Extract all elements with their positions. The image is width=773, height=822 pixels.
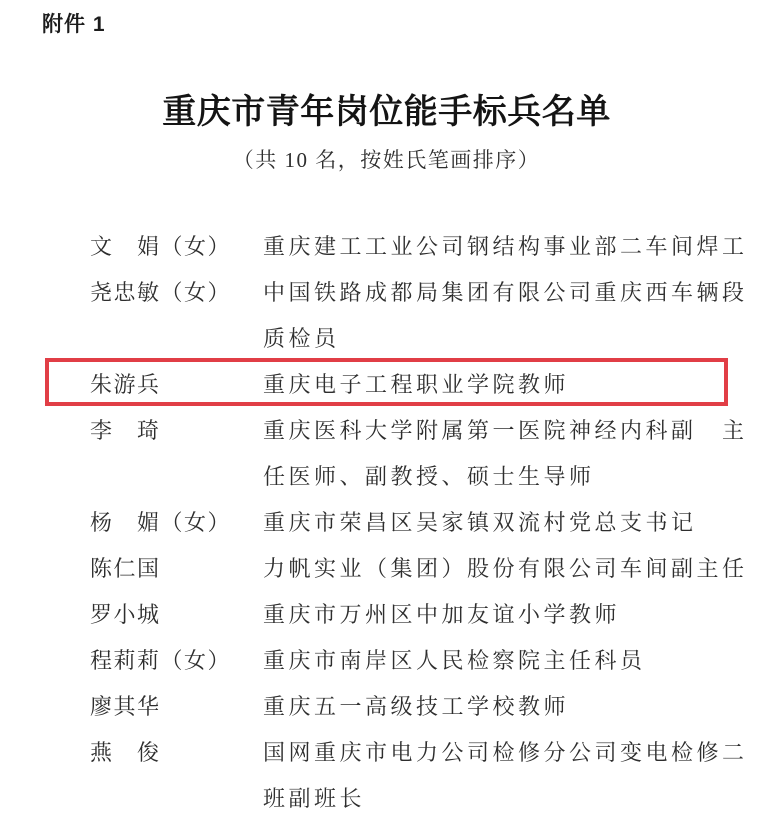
roster-entry: 文 娟（女） 重庆建工工业公司钢结构事业部二车间焊工 <box>90 224 755 270</box>
entry-description: 中国铁路成都局集团有限公司重庆西车辆段质检员 <box>263 270 755 362</box>
desc-line: 重庆市万州区中加友谊小学教师 <box>263 592 755 638</box>
entry-description: 重庆电子工程职业学院教师 <box>263 362 755 408</box>
entry-name: 燕 俊 <box>90 730 263 776</box>
desc-line: 班副班长 <box>263 776 755 822</box>
document-title: 重庆市青年岗位能手标兵名单 <box>0 84 773 133</box>
document-subtitle: （共 10 名，按姓氏笔画排序） <box>0 144 773 174</box>
entry-name: 罗小城 <box>90 592 263 638</box>
entry-description: 国网重庆市电力公司检修分公司变电检修二班副班长 <box>263 730 755 822</box>
roster-entry: 廖其华 重庆五一高级技工学校教师 <box>90 684 755 730</box>
desc-line: 重庆建工工业公司钢结构事业部二车间焊工 <box>263 224 755 270</box>
roster-entry: 李 琦 重庆医科大学附属第一医院神经内科副 主任医师、副教授、硕士生导师 <box>90 408 755 500</box>
entry-description: 重庆市荣昌区吴家镇双流村党总支书记 <box>263 500 755 546</box>
entry-name: 李 琦 <box>90 408 263 454</box>
desc-line: 重庆电子工程职业学院教师 <box>263 362 755 408</box>
entry-name: 文 娟（女） <box>90 224 263 270</box>
entry-name: 杨 媚（女） <box>90 500 263 546</box>
entry-description: 重庆建工工业公司钢结构事业部二车间焊工 <box>263 224 755 270</box>
attachment-label: 附件 1 <box>42 8 106 38</box>
desc-line: 重庆市荣昌区吴家镇双流村党总支书记 <box>263 500 755 546</box>
roster-entry: 程莉莉（女） 重庆市南岸区人民检察院主任科员 <box>90 638 755 684</box>
roster-entry: 燕 俊 国网重庆市电力公司检修分公司变电检修二班副班长 <box>90 730 755 822</box>
roster-entry: 陈仁国 力帆实业（集团）股份有限公司车间副主任 <box>90 546 755 592</box>
entry-description: 重庆市万州区中加友谊小学教师 <box>263 592 755 638</box>
desc-line: 重庆市南岸区人民检察院主任科员 <box>263 638 755 684</box>
desc-line: 国网重庆市电力公司检修分公司变电检修二 <box>263 730 755 776</box>
entry-description: 重庆五一高级技工学校教师 <box>263 684 755 730</box>
entry-name: 廖其华 <box>90 684 263 730</box>
entry-description: 重庆医科大学附属第一医院神经内科副 主任医师、副教授、硕士生导师 <box>263 408 755 500</box>
entry-name: 陈仁国 <box>90 546 263 592</box>
roster-entry: 朱游兵 重庆电子工程职业学院教师 <box>90 362 755 408</box>
roster-entry: 尧忠敏（女） 中国铁路成都局集团有限公司重庆西车辆段质检员 <box>90 270 755 362</box>
entry-description: 力帆实业（集团）股份有限公司车间副主任 <box>263 546 755 592</box>
roster-entry: 罗小城 重庆市万州区中加友谊小学教师 <box>90 592 755 638</box>
roster-entry: 杨 媚（女） 重庆市荣昌区吴家镇双流村党总支书记 <box>90 500 755 546</box>
entry-name: 尧忠敏（女） <box>90 270 263 316</box>
desc-line: 质检员 <box>263 316 755 362</box>
desc-line: 任医师、副教授、硕士生导师 <box>263 454 755 500</box>
desc-line: 重庆五一高级技工学校教师 <box>263 684 755 730</box>
entry-description: 重庆市南岸区人民检察院主任科员 <box>263 638 755 684</box>
entry-name: 程莉莉（女） <box>90 638 263 684</box>
roster-list: 文 娟（女） 重庆建工工业公司钢结构事业部二车间焊工 尧忠敏（女） 中国铁路成都… <box>90 224 755 822</box>
desc-line: 中国铁路成都局集团有限公司重庆西车辆段 <box>263 270 755 316</box>
entry-name: 朱游兵 <box>90 362 263 408</box>
desc-line: 重庆医科大学附属第一医院神经内科副 主 <box>263 408 755 454</box>
document-page: 附件 1 重庆市青年岗位能手标兵名单 （共 10 名，按姓氏笔画排序） 文 娟（… <box>0 0 773 822</box>
desc-line: 力帆实业（集团）股份有限公司车间副主任 <box>263 546 755 592</box>
